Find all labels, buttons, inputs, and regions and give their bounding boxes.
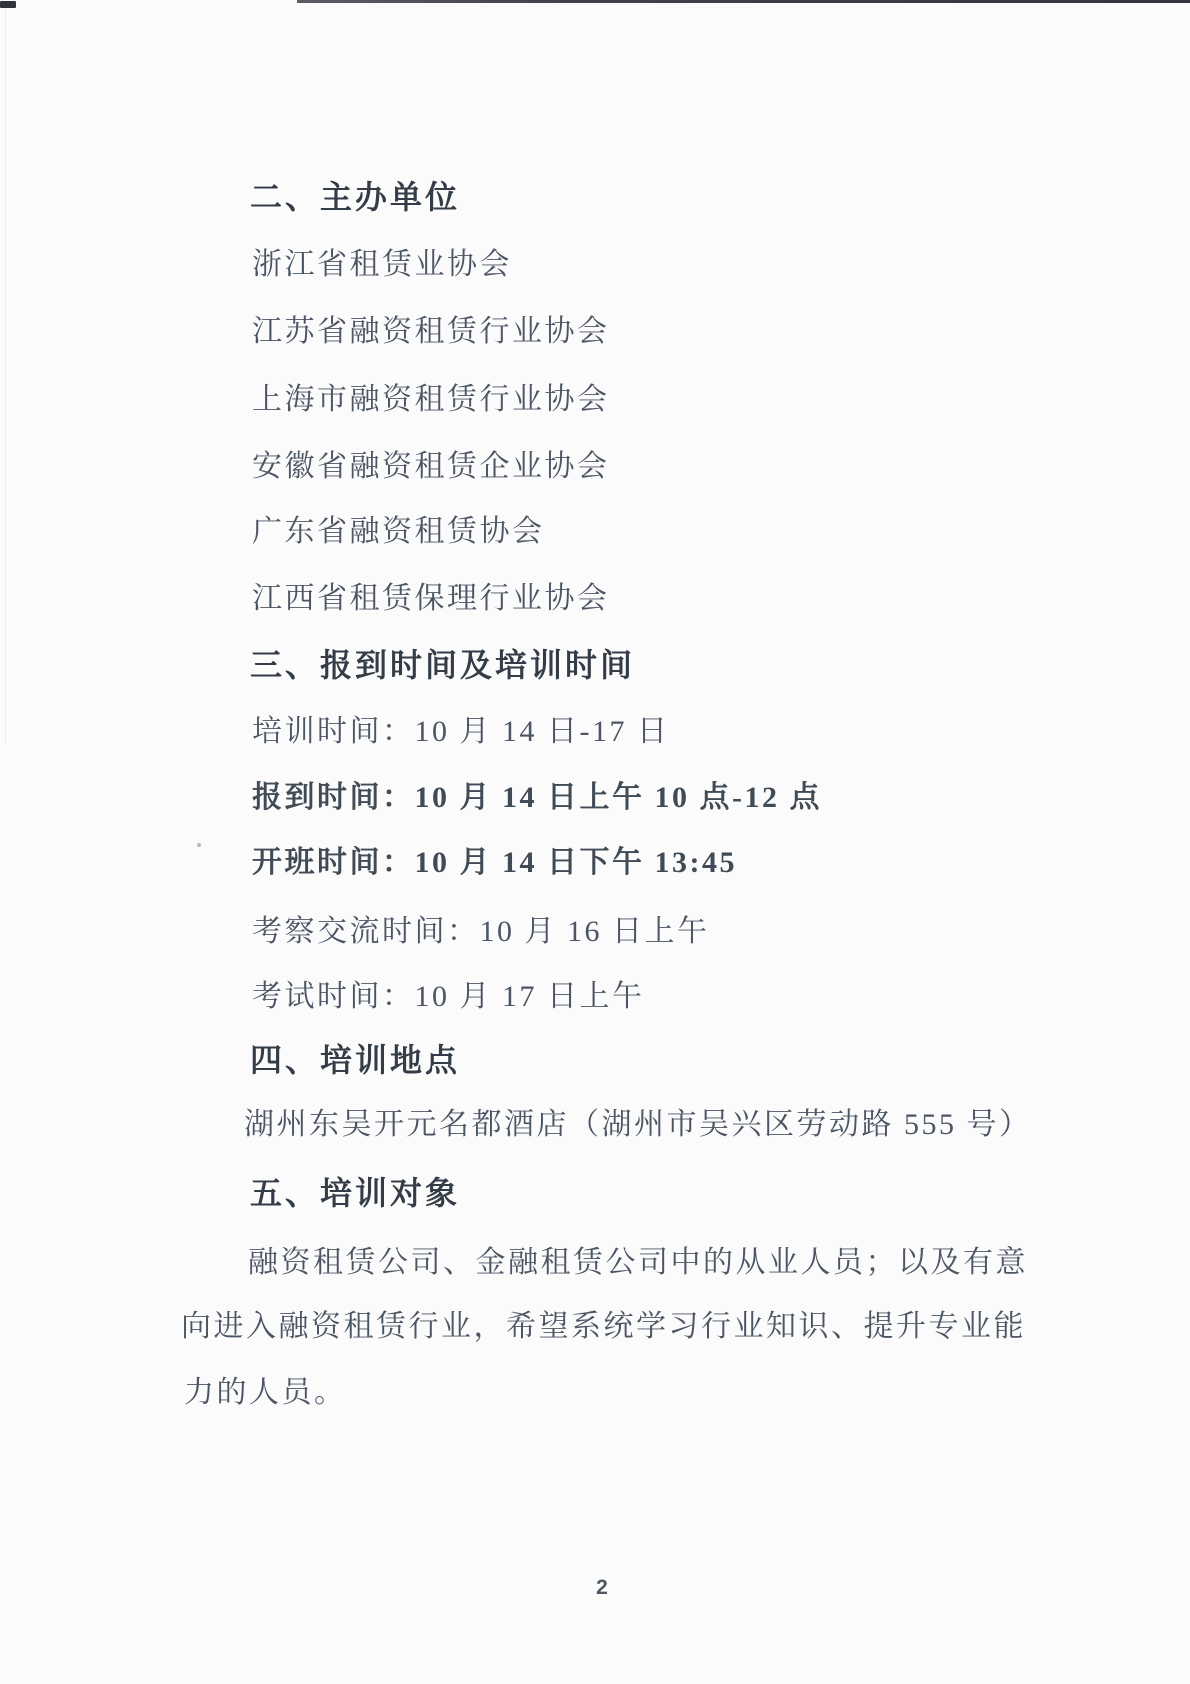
schedule-line-checkin-time: 报到时间：10 月 14 日上午 10 点-12 点 bbox=[252, 780, 822, 816]
venue-line: 湖州东吴开元名都酒店（湖州市吴兴区劳动路 555 号） bbox=[244, 1107, 1032, 1143]
section-heading-schedule: 三、报到时间及培训时间 bbox=[250, 647, 635, 683]
schedule-line-training-time: 培训时间：10 月 14 日-17 日 bbox=[252, 714, 670, 750]
schedule-line-opening-time: 开班时间：10 月 14 日下午 13:45 bbox=[252, 845, 737, 881]
organizer-line: 安徽省融资租赁企业协会 bbox=[252, 449, 610, 485]
organizer-line: 江西省租赁保理行业协会 bbox=[252, 581, 610, 617]
section-heading-audience: 五、培训对象 bbox=[250, 1175, 460, 1211]
section-heading-venue: 四、培训地点 bbox=[250, 1042, 460, 1078]
schedule-line-exam-time: 考试时间：10 月 17 日上午 bbox=[252, 979, 645, 1015]
document-page: 二、主办单位 浙江省租赁业协会 江苏省融资租赁行业协会 上海市融资租赁行业协会 … bbox=[0, 0, 1190, 1684]
organizer-line: 江苏省融资租赁行业协会 bbox=[252, 314, 610, 350]
organizer-line: 广东省融资租赁协会 bbox=[252, 514, 545, 550]
scan-edge-artifact bbox=[297, 0, 1190, 3]
scan-speck bbox=[197, 843, 201, 847]
schedule-line-visit-time: 考察交流时间：10 月 16 日上午 bbox=[252, 914, 710, 950]
organizer-line: 上海市融资租赁行业协会 bbox=[252, 382, 610, 418]
organizer-line: 浙江省租赁业协会 bbox=[252, 247, 512, 283]
section-heading-organizers: 二、主办单位 bbox=[250, 179, 460, 215]
scan-fold-line bbox=[5, 8, 6, 743]
audience-paragraph-line: 向进入融资租赁行业，希望系统学习行业知识、提升专业能 bbox=[181, 1309, 1026, 1345]
scan-corner-artifact bbox=[0, 1, 16, 8]
audience-paragraph-line: 融资租赁公司、金融租赁公司中的从业人员；以及有意 bbox=[248, 1245, 1028, 1281]
audience-paragraph-line: 力的人员。 bbox=[184, 1375, 347, 1411]
page-number: 2 bbox=[0, 1576, 1190, 1600]
